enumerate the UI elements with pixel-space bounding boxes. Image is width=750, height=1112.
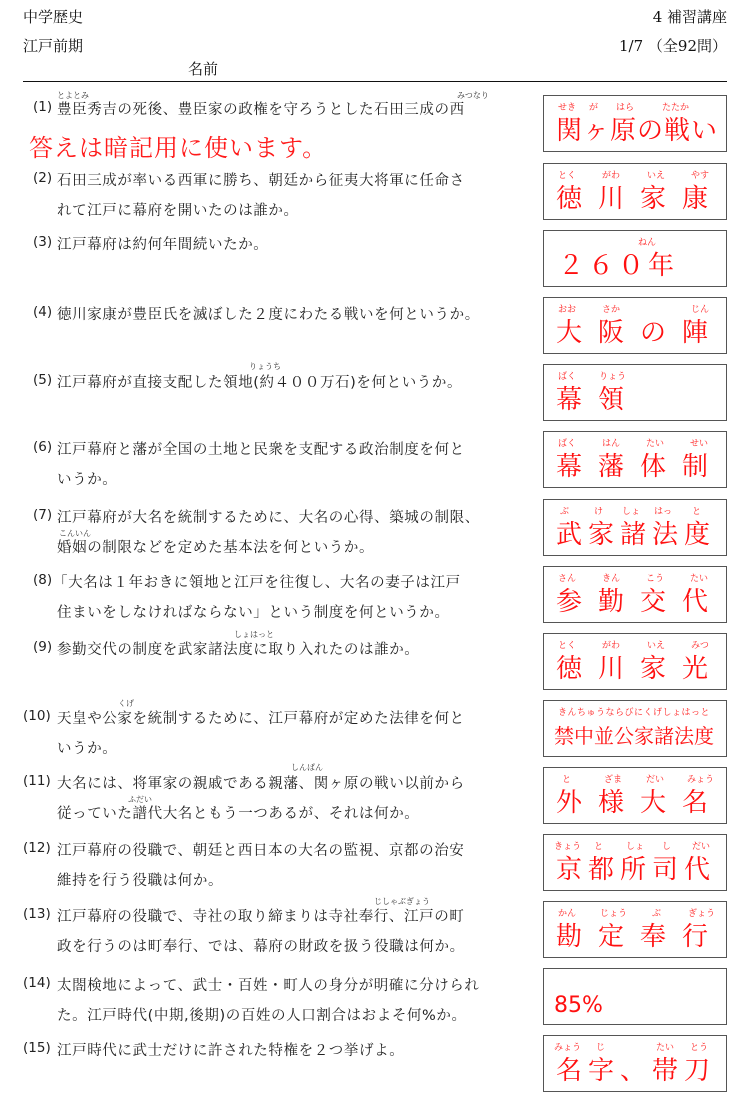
subject-label: 中学歴史 bbox=[23, 6, 83, 27]
answer-box-2: とく がわ いえ やす 徳川家康 bbox=[543, 163, 727, 220]
question-number: (15) bbox=[23, 1040, 51, 1056]
question-text: 大名には、将軍家の親戚である親藩、関ヶ原の戦い以前から bbox=[57, 772, 465, 793]
question-number: (2) bbox=[33, 170, 52, 186]
course-label: 4 補習講座 bbox=[653, 6, 727, 27]
question-text: 徳川家康が豊臣氏を滅ぼした２度にわたる戦いを何というか。 bbox=[57, 303, 480, 324]
answer-box-15: みょう じ たい とう 名字、帯刀 bbox=[543, 1035, 727, 1092]
answer-text: 85% bbox=[554, 993, 603, 1018]
question-text: 参勤交代の制度を武家諸法度に取り入れたのは誰か。 bbox=[57, 638, 419, 659]
answer-text: 京都所司代 bbox=[556, 849, 716, 886]
answer-box-9: とく がわ いえ みつ 徳川家光 bbox=[543, 633, 727, 690]
answer-text: 外様大名 bbox=[556, 782, 724, 819]
answer-box-6: ばく はん たい せい 幕藩体制 bbox=[543, 431, 727, 488]
answer-box-11: と ざま だい みょう 外様大名 bbox=[543, 767, 727, 824]
question-text: いうか。 bbox=[57, 468, 117, 489]
question-text: 豊臣秀吉の死後、豊臣家の政権を守ろうとした石田三成の西 bbox=[57, 98, 465, 119]
question-number: (11) bbox=[23, 773, 51, 789]
question-text: 江戸幕府は約何年間続いたか。 bbox=[57, 233, 268, 254]
answer-text: ２６０年 bbox=[558, 245, 678, 282]
question-text: 江戸幕府と藩が全国の土地と民衆を支配する政治制度を何と bbox=[57, 438, 465, 459]
question-number: (9) bbox=[33, 639, 52, 655]
answer-text: 勘定奉行 bbox=[556, 916, 724, 953]
answer-text: 武家諸法度 bbox=[556, 514, 716, 551]
unit-label: 江戸前期 bbox=[23, 35, 83, 56]
question-text: 住まいをしなければならない」という制度を何というか。 bbox=[57, 601, 450, 622]
furigana: きんちゅうならびにくげしょはっと bbox=[558, 705, 710, 718]
question-number: (10) bbox=[23, 708, 51, 724]
question-text: 天皇や公家を統制するために、江戸幕府が定めた法律を何と bbox=[57, 707, 465, 728]
question-number: (12) bbox=[23, 840, 51, 856]
question-number: (13) bbox=[23, 906, 51, 922]
question-text: 江戸幕府が大名を統制するために、大名の心得、築城の制限、 bbox=[57, 506, 480, 527]
question-text: れて江戸に幕府を開いたのは誰か。 bbox=[57, 199, 299, 220]
answer-text: 名字、帯刀 bbox=[556, 1050, 716, 1087]
question-number: (4) bbox=[33, 304, 52, 320]
question-text: 維持を行う役職は何か。 bbox=[57, 869, 223, 890]
answer-text: 幕領 bbox=[556, 379, 640, 416]
answer-box-12: きょう と しょ し だい 京都所司代 bbox=[543, 834, 727, 891]
question-text: 政を行うのは町奉行、では、幕府の財政を扱う役職は何か。 bbox=[57, 935, 465, 956]
answer-text: 大阪の陣 bbox=[556, 312, 724, 349]
notice-banner: 答えは暗記用に使います。 bbox=[29, 128, 327, 163]
question-number: (7) bbox=[33, 507, 52, 523]
answer-text: 徳川家康 bbox=[556, 178, 724, 215]
question-number: (1) bbox=[33, 99, 52, 115]
question-number: (6) bbox=[33, 439, 52, 455]
question-number: (8) bbox=[33, 572, 52, 588]
question-text: 江戸時代に武士だけに許された特権を２つ挙げよ。 bbox=[57, 1039, 404, 1060]
question-text: 江戸幕府が直接支配した領地(約４００万石)を何というか。 bbox=[57, 371, 462, 392]
question-number: (14) bbox=[23, 975, 51, 991]
answer-box-1: せき が はら たたか 関ヶ原の戦い bbox=[543, 95, 727, 152]
answer-text: 禁中並公家諸法度 bbox=[554, 720, 714, 749]
answer-text: 参勤交代 bbox=[556, 581, 724, 618]
question-number: (5) bbox=[33, 372, 52, 388]
question-text: 「大名は１年おきに領地と江戸を往復し、大名の妻子は江戸 bbox=[53, 571, 461, 592]
question-number: (3) bbox=[33, 234, 52, 250]
header-divider bbox=[23, 81, 727, 82]
answer-box-14: 85% bbox=[543, 968, 727, 1025]
name-label: 名前 bbox=[188, 58, 218, 79]
answer-box-3: ねん ２６０年 bbox=[543, 230, 727, 287]
question-text: いうか。 bbox=[57, 737, 117, 758]
question-text: た。江戸時代(中期,後期)の百姓の人口割合はおよそ何%か。 bbox=[57, 1004, 467, 1025]
answer-text: 関ヶ原の戦い bbox=[556, 110, 718, 147]
answer-box-13: かん じょう ぶ ぎょう 勘定奉行 bbox=[543, 901, 727, 958]
question-text: 江戸幕府の役職で、寺社の取り締まりは寺社奉行、江戸の町 bbox=[57, 905, 464, 926]
question-text: 婚姻の制限などを定めた基本法を何というか。 bbox=[57, 536, 374, 557]
page-indicator: 1/7 （全92問） bbox=[619, 35, 727, 56]
answer-box-10: きんちゅうならびにくげしょはっと 禁中並公家諸法度 bbox=[543, 700, 727, 757]
question-text: 江戸幕府の役職で、朝廷と西日本の大名の監視、京都の治安 bbox=[57, 839, 464, 860]
question-text: 従っていた譜代大名ともう一つあるが、それは何か。 bbox=[57, 802, 419, 823]
answer-box-8: さん きん こう たい 参勤交代 bbox=[543, 566, 727, 623]
answer-box-7: ぶ け しょ はっ と 武家諸法度 bbox=[543, 499, 727, 556]
answer-box-4: おお さか じん 大阪の陣 bbox=[543, 297, 727, 354]
question-text: 石田三成が率いる西軍に勝ち、朝廷から征夷大将軍に任命さ bbox=[57, 169, 465, 190]
answer-box-5: ばく りょう 幕領 bbox=[543, 364, 727, 421]
answer-text: 幕藩体制 bbox=[556, 446, 724, 483]
question-text: 太閤検地によって、武士・百姓・町人の身分が明確に分けられ bbox=[57, 974, 480, 995]
answer-text: 徳川家光 bbox=[556, 648, 724, 685]
